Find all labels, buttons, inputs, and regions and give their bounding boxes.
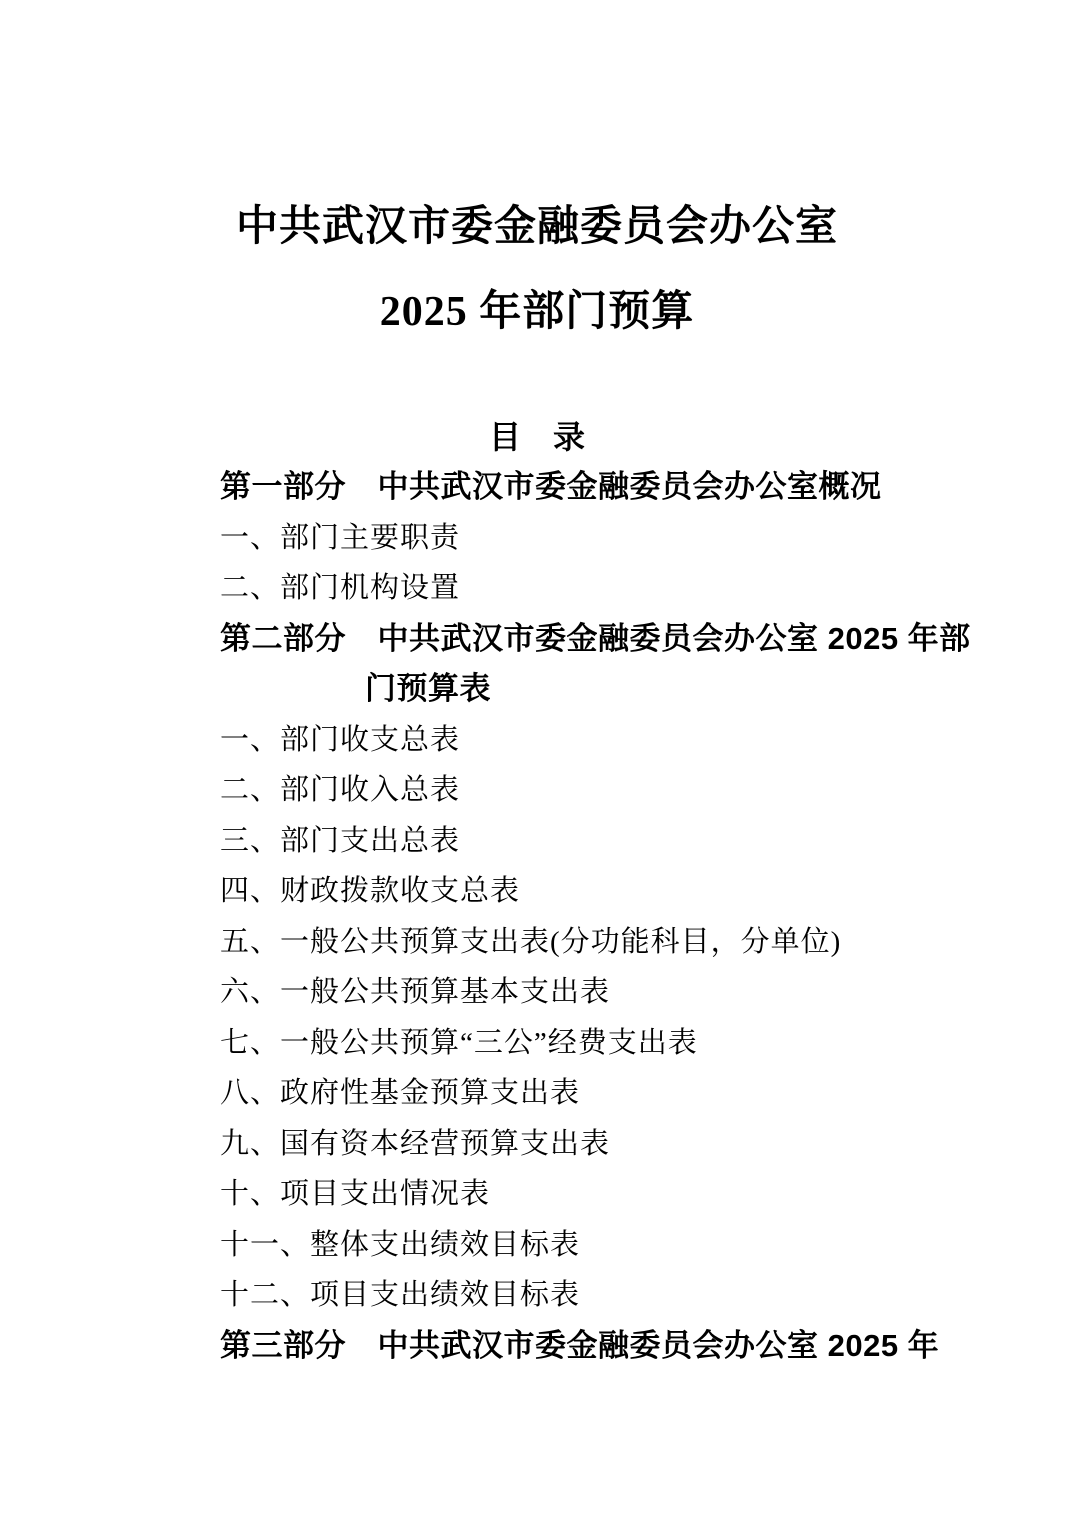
toc-section-heading: 第二部分 中共武汉市委金融委员会办公室 2025 年部 [220, 614, 950, 665]
toc-item: 六、一般公共预算基本支出表 [220, 967, 950, 1018]
toc-section-heading-continuation: 门预算表 [220, 664, 950, 715]
toc-item: 一、部门主要职责 [220, 513, 950, 564]
toc-item: 九、国有资本经营预算支出表 [220, 1119, 950, 1170]
toc-item: 二、部门收入总表 [220, 765, 950, 816]
toc-section-heading: 第三部分 中共武汉市委金融委员会办公室 2025 年 [220, 1321, 950, 1372]
toc-item: 四、财政拨款收支总表 [220, 866, 950, 917]
document-title-line2: 2025 年部门预算 [0, 270, 1074, 355]
document-page: 中共武汉市委金融委员会办公室 2025 年部门预算 目 录 第一部分 中共武汉市… [0, 0, 1074, 1520]
toc-item: 二、部门机构设置 [220, 563, 950, 614]
toc-item: 十、项目支出情况表 [220, 1169, 950, 1220]
toc-item: 一、部门收支总表 [220, 715, 950, 766]
toc-item: 三、部门支出总表 [220, 816, 950, 867]
toc-item: 十一、整体支出绩效目标表 [220, 1220, 950, 1271]
toc-list: 第一部分 中共武汉市委金融委员会办公室概况一、部门主要职责二、部门机构设置第二部… [220, 462, 950, 1371]
toc-item: 七、一般公共预算“三公”经费支出表 [220, 1018, 950, 1069]
toc-item: 十二、项目支出绩效目标表 [220, 1270, 950, 1321]
toc-item: 八、政府性基金预算支出表 [220, 1068, 950, 1119]
document-title-line1: 中共武汉市委金融委员会办公室 [0, 185, 1074, 270]
toc-item: 五、一般公共预算支出表(分功能科目，分单位) [220, 917, 950, 968]
toc-section-heading: 第一部分 中共武汉市委金融委员会办公室概况 [220, 462, 950, 513]
document-title: 中共武汉市委金融委员会办公室 2025 年部门预算 [0, 185, 1074, 355]
toc-heading: 目 录 [0, 412, 1074, 462]
